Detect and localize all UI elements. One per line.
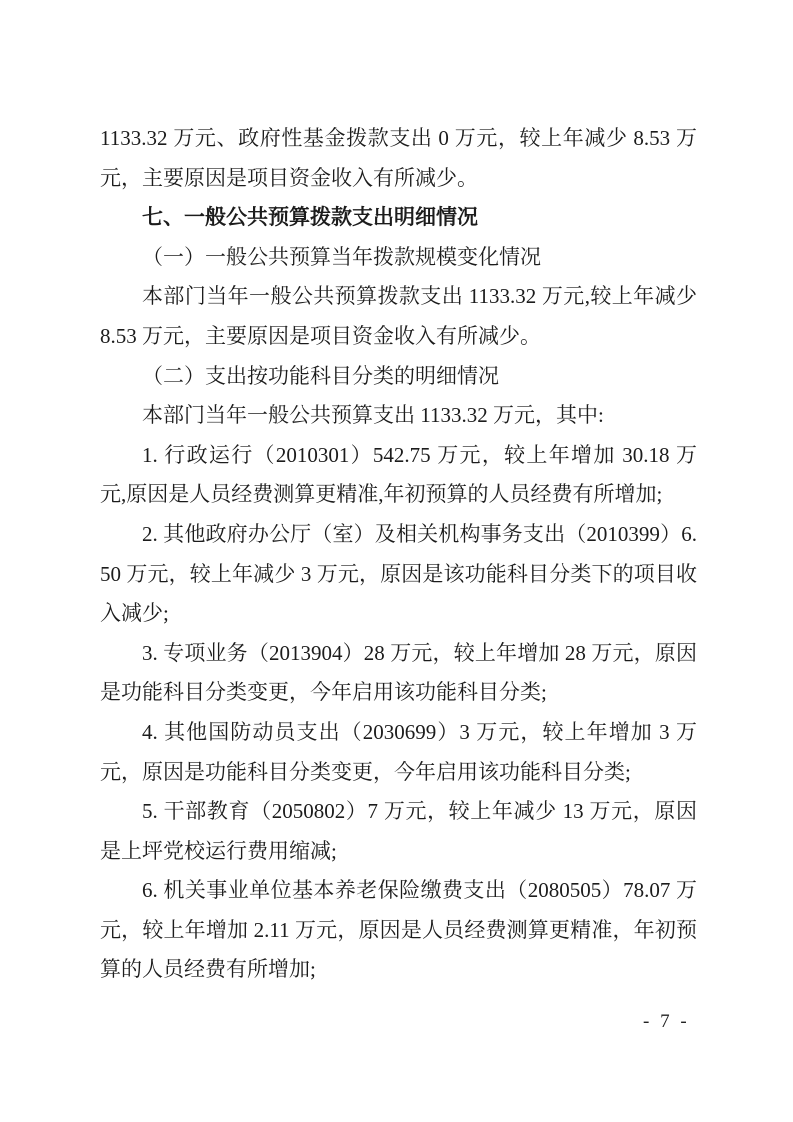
subsection-heading-1: （一）一般公共预算当年拨款规模变化情况: [100, 238, 697, 278]
section-heading-7: 七、一般公共预算拨款支出明细情况: [100, 198, 697, 238]
body-paragraph-total: 本部门当年一般公共预算支出 1133.32 万元，其中:: [100, 396, 697, 436]
list-item-1-xingzheng-yunxing: 1. 行政运行（2010301）542.75 万元，较上年增加 30.18 万元…: [100, 436, 697, 515]
list-item-5-ganbu-jiaoyu: 5. 干部教育（2050802）7 万元，较上年减少 13 万元，原因是上坪党校…: [100, 792, 697, 871]
list-item-4-guofang-dongyuan: 4. 其他国防动员支出（2030699）3 万元，较上年增加 3 万元，原因是功…: [100, 713, 697, 792]
document-page: 1133.32 万元、政府性基金拨款支出 0 万元，较上年减少 8.53 万元，…: [0, 0, 793, 1122]
document-body: 1133.32 万元、政府性基金拨款支出 0 万元，较上年减少 8.53 万元，…: [100, 119, 697, 990]
subsection-heading-2: （二）支出按功能科目分类的明细情况: [100, 357, 697, 397]
page-number: - 7 -: [643, 1002, 690, 1042]
continued-paragraph: 1133.32 万元、政府性基金拨款支出 0 万元，较上年减少 8.53 万元，…: [100, 119, 697, 198]
body-paragraph-scale-change: 本部门当年一般公共预算拨款支出 1133.32 万元,较上年减少 8.53 万元…: [100, 277, 697, 356]
list-item-6-yanglao-baoxian: 6. 机关事业单位基本养老保险缴费支出（2080505）78.07 万元，较上年…: [100, 871, 697, 990]
list-item-2-qita-zhengfu-bangongting: 2. 其他政府办公厅（室）及相关机构事务支出（2010399）6.50 万元，较…: [100, 515, 697, 634]
list-item-3-zhuanxiang-yewu: 3. 专项业务（2013904）28 万元，较上年增加 28 万元，原因是功能科…: [100, 634, 697, 713]
